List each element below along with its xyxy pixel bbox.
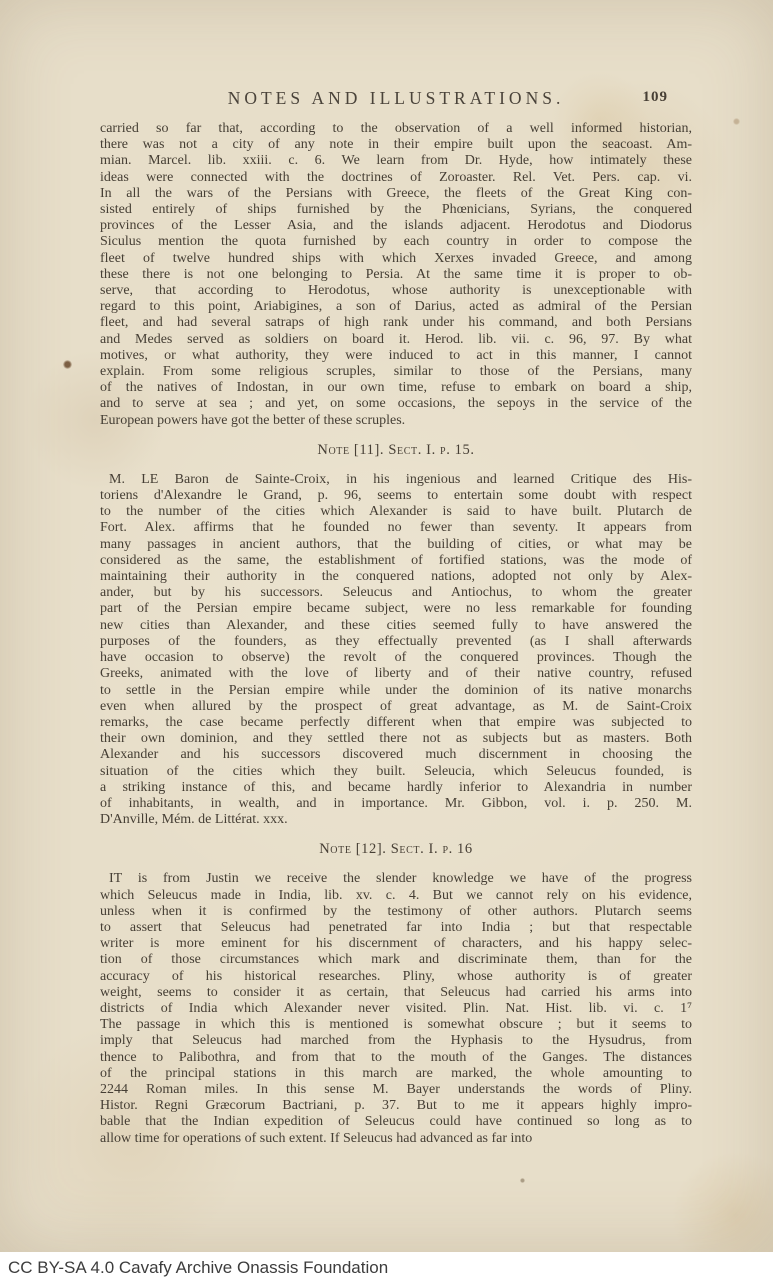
text-line: purposes of the founders, as they effect…: [100, 634, 692, 650]
text-line: bable that the Indian expedition of Sele…: [100, 1114, 692, 1130]
paper-speck: [520, 1178, 525, 1183]
text-line: accuracy of his historical researches. P…: [100, 969, 692, 985]
text-line: Fort. Alex. affirms that he founded no f…: [100, 520, 692, 536]
text-line: M. LE Baron de Sainte-Croix, in his inge…: [100, 472, 692, 488]
text-line: European powers have got the better of t…: [100, 413, 692, 429]
text-line: to the number of the cities which Alexan…: [100, 504, 692, 520]
text-line: to settle in the Persian empire while un…: [100, 683, 692, 699]
text-line: serve, that according to Herodotus, whos…: [100, 283, 692, 299]
text-line: these there is not one belonging to Pers…: [100, 267, 692, 283]
page-number: 109: [643, 89, 669, 106]
text-line: ander, but by his successors. Seleucus a…: [100, 585, 692, 601]
text-line: writer is more eminent for his discernme…: [100, 936, 692, 952]
text-line: explain. From some religious scruples, s…: [100, 364, 692, 380]
text-line: Alexander and his successors discovered …: [100, 747, 692, 763]
paragraph: IT is from Justin we receive the slender…: [100, 871, 692, 1146]
text-column: NOTES AND ILLUSTRATIONS. 109 carried so …: [100, 88, 692, 1147]
text-line: sisted entirely of ships furnished by th…: [100, 202, 692, 218]
scanned-book-page: NOTES AND ILLUSTRATIONS. 109 carried so …: [0, 0, 773, 1252]
text-line: motives, or what authority, they were in…: [100, 348, 692, 364]
text-line: districts of India which Alexander never…: [100, 1001, 692, 1017]
text-line: carried so far that, according to the ob…: [100, 121, 692, 137]
text-line: weight, seems to consider it as certain,…: [100, 985, 692, 1001]
text-line: there was not a city of any note in thei…: [100, 137, 692, 153]
text-line: of the natives of Indostan, in our own t…: [100, 380, 692, 396]
text-blocks: carried so far that, according to the ob…: [100, 121, 692, 1147]
text-line: regard to this point, Ariabigines, a son…: [100, 299, 692, 315]
text-line: their own dominion, and they settled the…: [100, 731, 692, 747]
attribution-bar: CC BY-SA 4.0 Cavafy Archive Onassis Foun…: [0, 1252, 773, 1286]
text-line: allow time for operations of such extent…: [100, 1131, 692, 1147]
text-line: unless when it is confirmed by the testi…: [100, 904, 692, 920]
paragraph: carried so far that, according to the ob…: [100, 121, 692, 429]
text-line: many passages in ancient authors, that t…: [100, 537, 692, 553]
text-line: maintaining their authority in the conqu…: [100, 569, 692, 585]
text-line: and to serve at sea ; and yet, on some o…: [100, 396, 692, 412]
text-line: Siculus mention the quota furnished by e…: [100, 234, 692, 250]
text-line: and Medes served as soldiers on board it…: [100, 332, 692, 348]
text-line: to assert that Seleucus had penetrated f…: [100, 920, 692, 936]
paragraph: M. LE Baron de Sainte-Croix, in his inge…: [100, 472, 692, 828]
text-line: mian. Marcel. lib. xxiii. c. 6. We learn…: [100, 153, 692, 169]
text-line: of inhabitants, in wealth, and in import…: [100, 796, 692, 812]
text-line: new cities than Alexander, and these cit…: [100, 618, 692, 634]
text-line: In all the wars of the Persians with Gre…: [100, 186, 692, 202]
text-line: IT is from Justin we receive the slender…: [100, 871, 692, 887]
text-line: which Seleucus made in India, lib. xv. c…: [100, 888, 692, 904]
text-line: provinces of the Lesser Asia, and the is…: [100, 218, 692, 234]
text-line: D'Anville, Mém. de Littérat. xxx.: [100, 812, 692, 828]
text-line: tion of those circumstances which mark a…: [100, 952, 692, 968]
text-line: 2244 Roman miles. In this sense M. Bayer…: [100, 1082, 692, 1098]
note-heading: Note [11]. Sect. I. p. 15.: [100, 442, 692, 459]
text-line: fleet of twelve hundred ships with which…: [100, 251, 692, 267]
paper-speck: [63, 360, 72, 369]
text-line: fleet, and had several satraps of high r…: [100, 315, 692, 331]
text-line: Histor. Regni Græcorum Bactriani, p. 37.…: [100, 1098, 692, 1114]
text-line: part of the Persian empire became subjec…: [100, 601, 692, 617]
text-line: of the principal stations in this march …: [100, 1066, 692, 1082]
note-heading: Note [12]. Sect. I. p. 16: [100, 841, 692, 858]
text-line: a striking instance of this, and became …: [100, 780, 692, 796]
text-line: even when allured by the prospect of gre…: [100, 699, 692, 715]
text-line: Greeks, animated with the love of libert…: [100, 666, 692, 682]
text-line: considered as the same, the establishmen…: [100, 553, 692, 569]
text-line: have occasion to observe) the revolt of …: [100, 650, 692, 666]
paper-speck: [733, 118, 740, 125]
text-line: The passage in which this is mentioned i…: [100, 1017, 692, 1033]
text-line: remarks, the case became perfectly diffe…: [100, 715, 692, 731]
text-line: imply that Seleucus had marched from the…: [100, 1033, 692, 1049]
text-line: ideas were connected with the doctrines …: [100, 170, 692, 186]
text-line: thence to Palibothra, and from that to t…: [100, 1050, 692, 1066]
text-line: situation of the cities which they built…: [100, 764, 692, 780]
page-header: NOTES AND ILLUSTRATIONS. 109: [100, 88, 692, 108]
text-line: toriens d'Alexandre le Grand, p. 96, see…: [100, 488, 692, 504]
running-title: NOTES AND ILLUSTRATIONS.: [100, 88, 692, 109]
attribution-text: CC BY-SA 4.0 Cavafy Archive Onassis Foun…: [0, 1252, 773, 1284]
